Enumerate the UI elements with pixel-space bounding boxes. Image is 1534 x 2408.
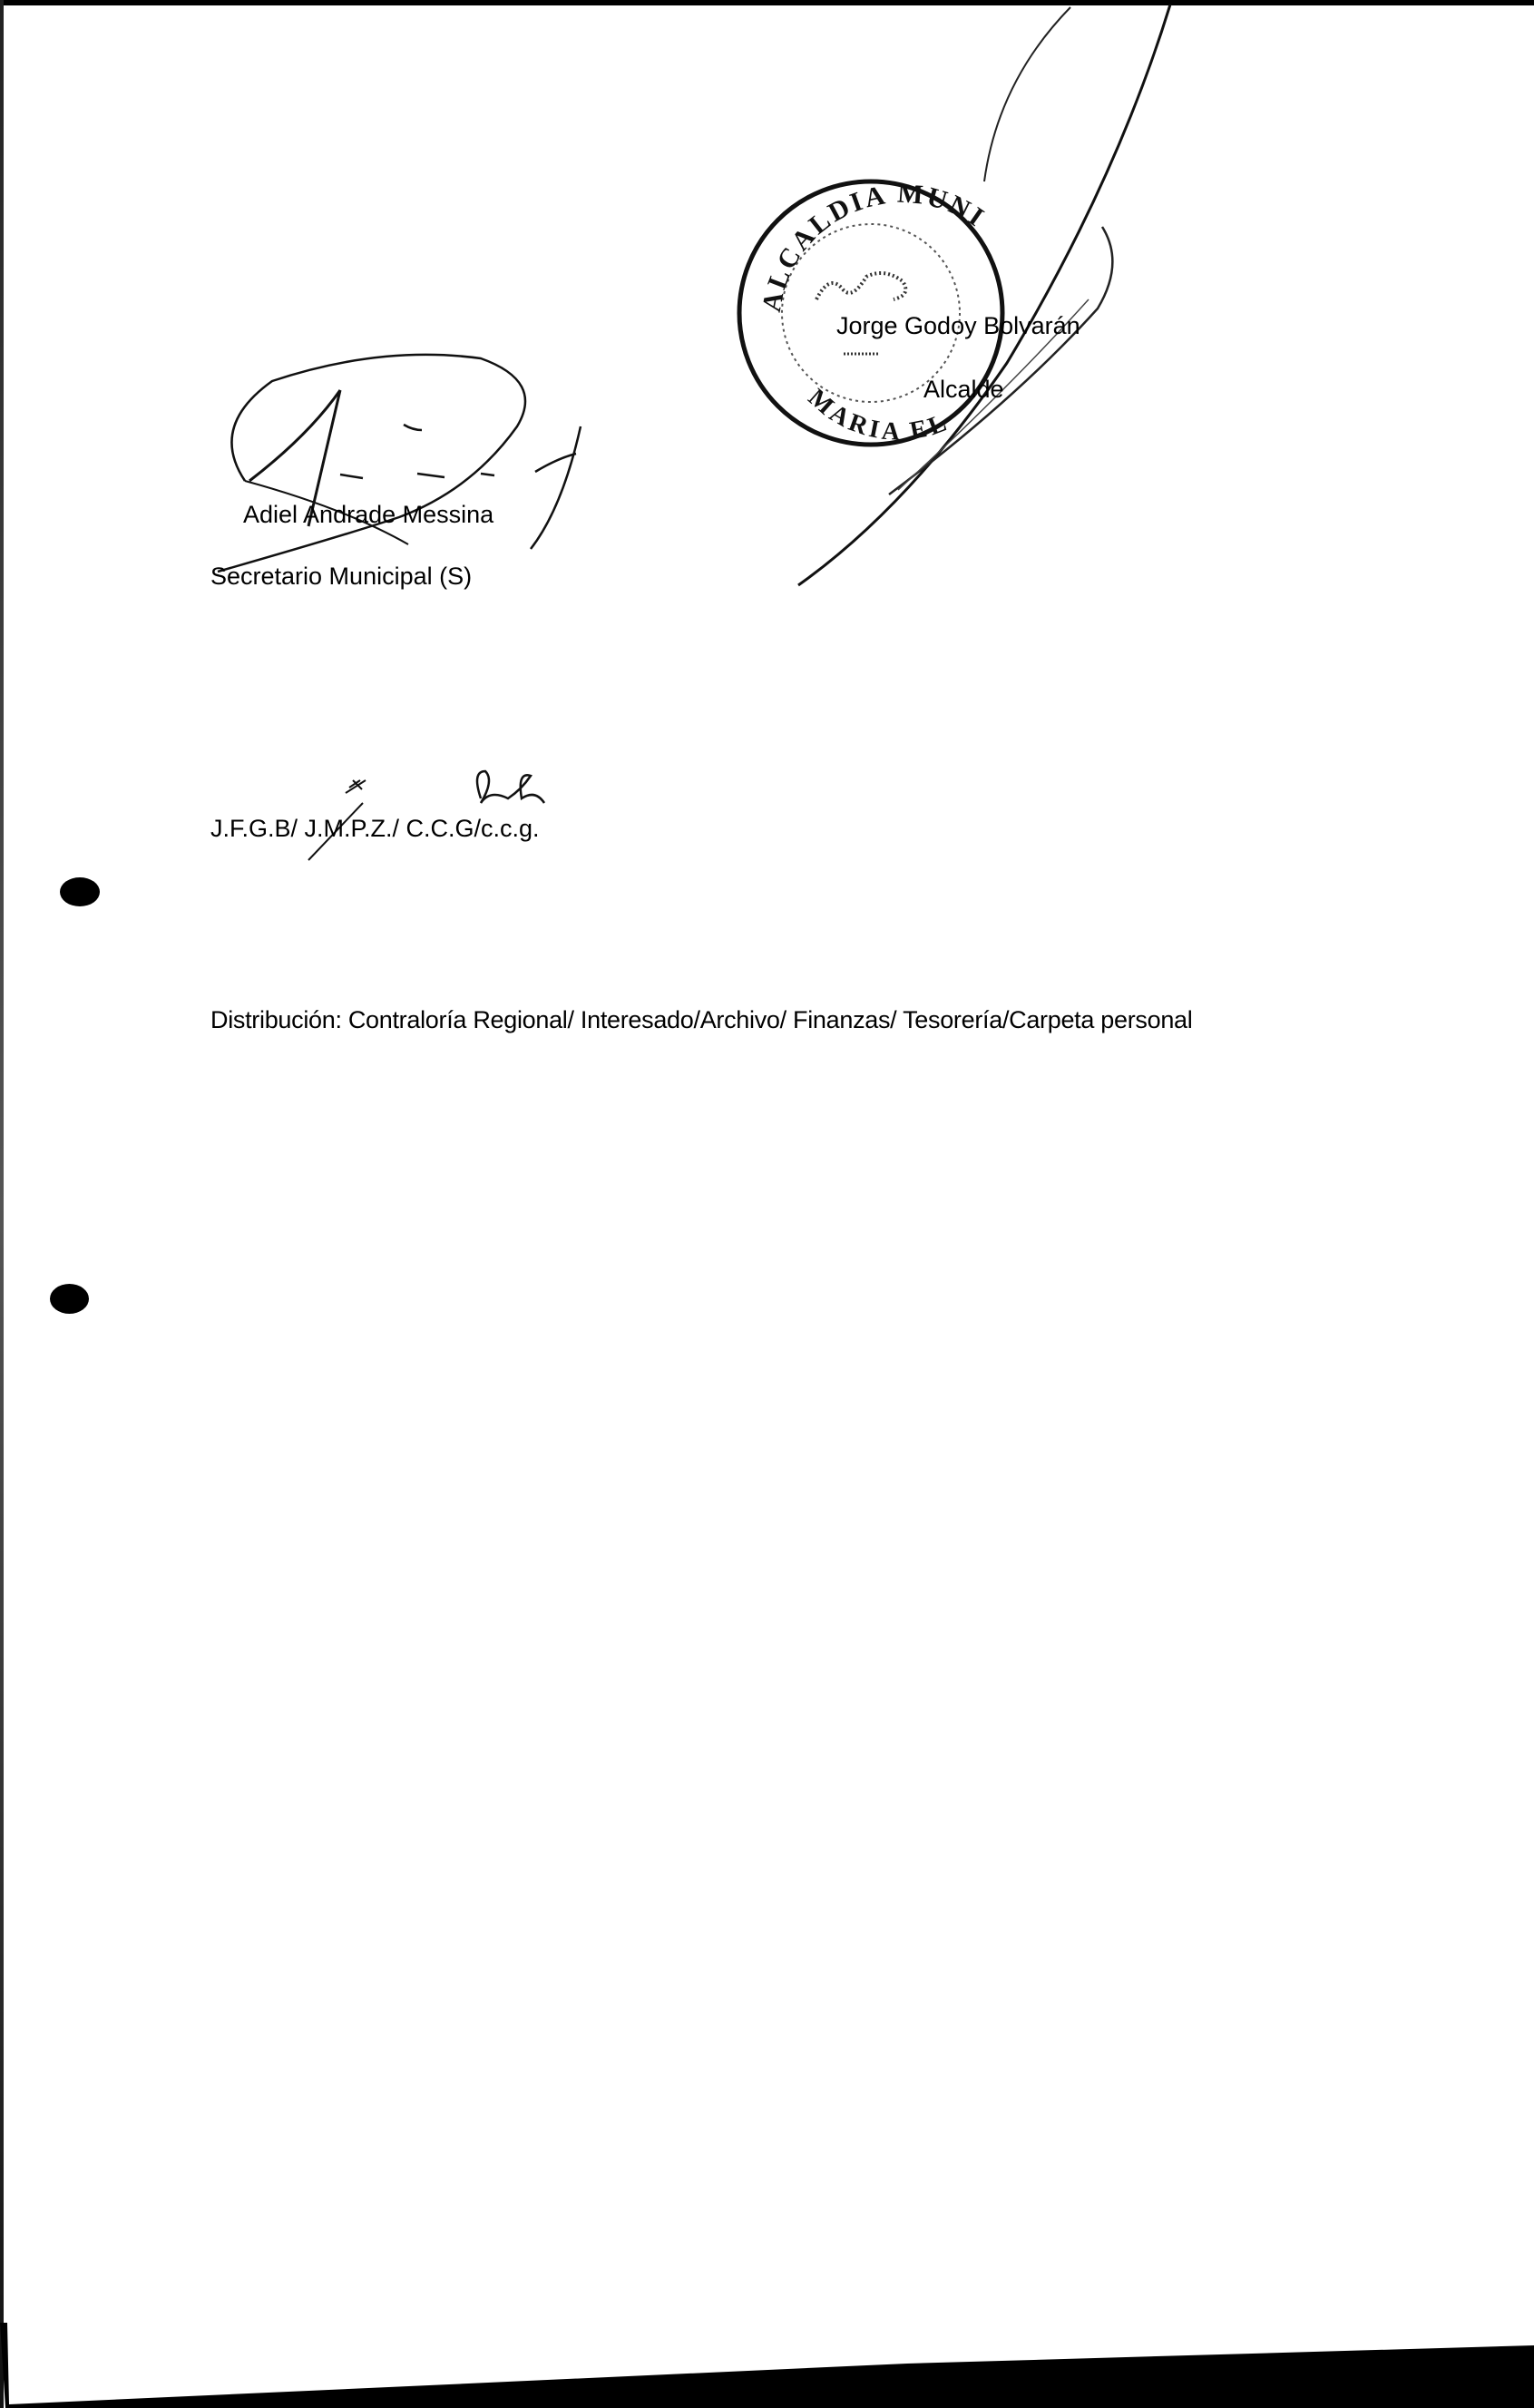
secretary-title: Secretario Municipal (S) <box>210 564 472 589</box>
reference-initials: J.F.G.B/ J.M.P.Z./ C.C.G/c.c.g. <box>210 817 540 841</box>
scan-border-left <box>0 0 4 2408</box>
municipal-stamp: ALCALDIA MUNICIPAL MARIA ELENA <box>0 0 1534 2408</box>
mayor-title: Alcalde <box>923 377 1004 402</box>
initials-handwriting <box>0 0 1534 2408</box>
distribution-list: Distribución: Contraloría Regional/ Inte… <box>210 1002 1299 1038</box>
svg-text:MARIA ELENA: MARIA ELENA <box>0 0 953 446</box>
scanned-document-page: ALCALDIA MUNICIPAL MARIA ELENA Jorge God… <box>0 0 1534 2408</box>
scan-border-bottom <box>0 0 1534 2408</box>
mayor-signature <box>0 0 1534 2408</box>
secretary-name: Adiel Andrade Messina <box>243 503 493 527</box>
secretary-signature <box>0 0 1534 2408</box>
punch-hole-icon <box>60 877 100 906</box>
punch-hole-icon <box>50 1284 89 1314</box>
mayor-name: Jorge Godoy Bolvarán <box>836 314 1080 338</box>
scan-border-top <box>0 0 1534 5</box>
svg-text:ALCALDIA MUNICIPAL: ALCALDIA MUNICIPAL <box>0 0 992 314</box>
